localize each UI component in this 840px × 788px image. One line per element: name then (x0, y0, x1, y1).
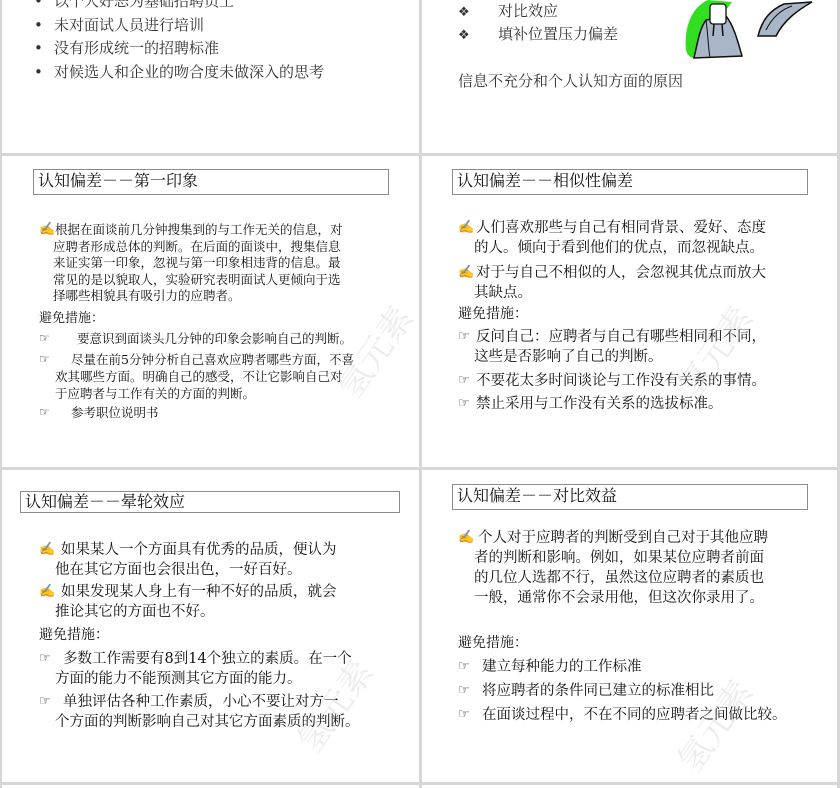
bullet-item: •对候选人和企业的吻合度未做深入的思考 (34, 62, 324, 82)
pointing-hand-icon: ☞ (458, 327, 470, 347)
point-item: ✍ 如果某人一个方面具有优秀的品质，便认为 他在其它方面也会很出色，一好百好。 (39, 540, 337, 580)
pointing-hand-icon: ☞ (458, 394, 470, 414)
writing-hand-icon: ✍ (458, 263, 474, 283)
writing-hand-icon: ✍ (39, 582, 55, 602)
slide-title: 认知偏差－－晕轮效应 (20, 491, 400, 513)
pointing-hand-icon: ☞ (458, 371, 470, 391)
writing-hand-icon: ✍ (458, 218, 474, 238)
grid-row-divider-3 (0, 782, 840, 785)
summary-text: 信息不充分和个人认知方面的原因 (458, 71, 683, 91)
diamond-icon: ❖ (458, 3, 498, 23)
avoid-measures-label: 避免措施： (458, 304, 528, 324)
writing-hand-icon: ✍ (458, 528, 474, 548)
bullet-icon: • (34, 15, 54, 35)
avoid-measures-label: 避免措施： (39, 310, 104, 328)
measure-item: ☞ 将应聘者的条件同已建立的标准相比 (458, 681, 714, 701)
writing-hand-icon: ✍ (39, 222, 55, 239)
pointing-hand-icon: ☞ (458, 705, 470, 725)
bullet-item: •以个人好恶为基础招聘员工 (34, 0, 234, 11)
pointing-hand-icon: ☞ (39, 404, 50, 421)
bullet-icon: • (34, 62, 54, 82)
pointing-hand-icon: ☞ (39, 649, 51, 669)
measure-item: ☞ 在面谈过程中，不在不同的应聘者之间做比较。 (458, 705, 787, 725)
measure-item: ☞ 多数工作需要有8到14个独立的素质。在一个 方面的能力不能预测其它方面的能力… (39, 649, 352, 689)
point-item: ✍ 个人对于应聘者的判断受到自己对于其他应聘 者的判断和影响。例如，如果某位应聘… (458, 528, 768, 608)
measure-item: ☞ 尽量在前5分钟分析自己喜欢应聘者哪些方面，不喜 欢其哪些方面。明确自己的感受… (39, 351, 354, 402)
pointing-hand-icon: ☞ (39, 330, 50, 347)
measure-item: ☞ 建立每种能力的工作标准 (458, 657, 642, 677)
point-item: ✍ 人们喜欢那些与自己有相同背景、爱好、态度 的人。倾向于看到他们的优点，而忽视… (458, 218, 766, 258)
diamond-icon: ❖ (458, 26, 498, 46)
measure-item: ☞ 不要花太多时间谈论与工作没有关系的事情。 (458, 371, 766, 391)
slide-1-recruitment-problems: •以个人好恶为基础招聘员工 •未对面试人员进行培训 •没有形成统一的招聘标准 •… (2, 0, 419, 153)
person-on-path-illustration (680, 0, 820, 62)
measure-item: ☞ 反问自己：应聘者与自己有哪些相同和不同， 这些是否影响了自己的判断。 (458, 327, 766, 367)
pointing-hand-icon: ☞ (458, 681, 470, 701)
avoid-measures-label: 避免措施： (458, 633, 528, 653)
slide-5-halo-effect: 认知偏差－－晕轮效应 ✍ 如果某人一个方面具有优秀的品质，便认为 他在其它方面也… (2, 470, 419, 782)
slide-4-similarity-bias: 认知偏差－－相似性偏差 ✍ 人们喜欢那些与自己有相同背景、爱好、态度 的人。倾向… (422, 156, 837, 467)
pointing-hand-icon: ☞ (39, 692, 51, 712)
bullet-icon: • (34, 0, 54, 11)
pointing-hand-icon: ☞ (458, 657, 470, 677)
measure-item: ☞ 单独评估各种工作素质，小心不要让对方一 个方面的判断影响自己对其它方面素质的… (39, 692, 360, 732)
measure-item: ☞ 参考职位说明书 (39, 404, 159, 421)
slide-title: 认知偏差－－对比效益 (452, 484, 808, 510)
bullet-item: •没有形成统一的招聘标准 (34, 38, 219, 58)
point-item: ✍ 如果发现某人身上有一种不好的品质，就会 推论其它的方面也不好。 (39, 582, 337, 622)
slide-3-first-impression: 认知偏差－－第一印象 ✍ 根据在面谈前几分钟搜集到的与工作无关的信息，对 应聘者… (2, 156, 419, 467)
point-item: ✍ 对于与自己不相似的人，会忽视其优点而放大 其缺点。 (458, 263, 766, 303)
writing-hand-icon: ✍ (39, 540, 55, 560)
bullet-item: •未对面试人员进行培训 (34, 15, 204, 35)
diamond-bullet-item: ❖对比效应 (458, 1, 558, 23)
slide-title: 认知偏差－－相似性偏差 (452, 169, 808, 195)
slide-6-contrast-effect: 认知偏差－－对比效益 ✍ 个人对于应聘者的判断受到自己对于其他应聘 者的判断和影… (422, 470, 837, 782)
avoid-measures-label: 避免措施： (39, 625, 109, 645)
pointing-hand-icon: ☞ (39, 351, 50, 368)
diamond-bullet-item: ❖填补位置压力偏差 (458, 24, 618, 46)
measure-item: ☞ 要意识到面谈头几分钟的印象会影响自己的判断。 (39, 330, 352, 347)
bullet-icon: • (34, 38, 54, 58)
slide-title: 认知偏差－－第一印象 (33, 169, 389, 195)
slide-2-bias-causes: ❖对比效应 ❖填补位置压力偏差 信息不充分和个人认知方面的原因 (422, 0, 837, 153)
measure-item: ☞ 禁止采用与工作没有关系的选拔标准。 (458, 394, 723, 414)
point-item: ✍ 根据在面谈前几分钟搜集到的与工作无关的信息，对 应聘者形成总体的判断。在后面… (39, 222, 389, 305)
